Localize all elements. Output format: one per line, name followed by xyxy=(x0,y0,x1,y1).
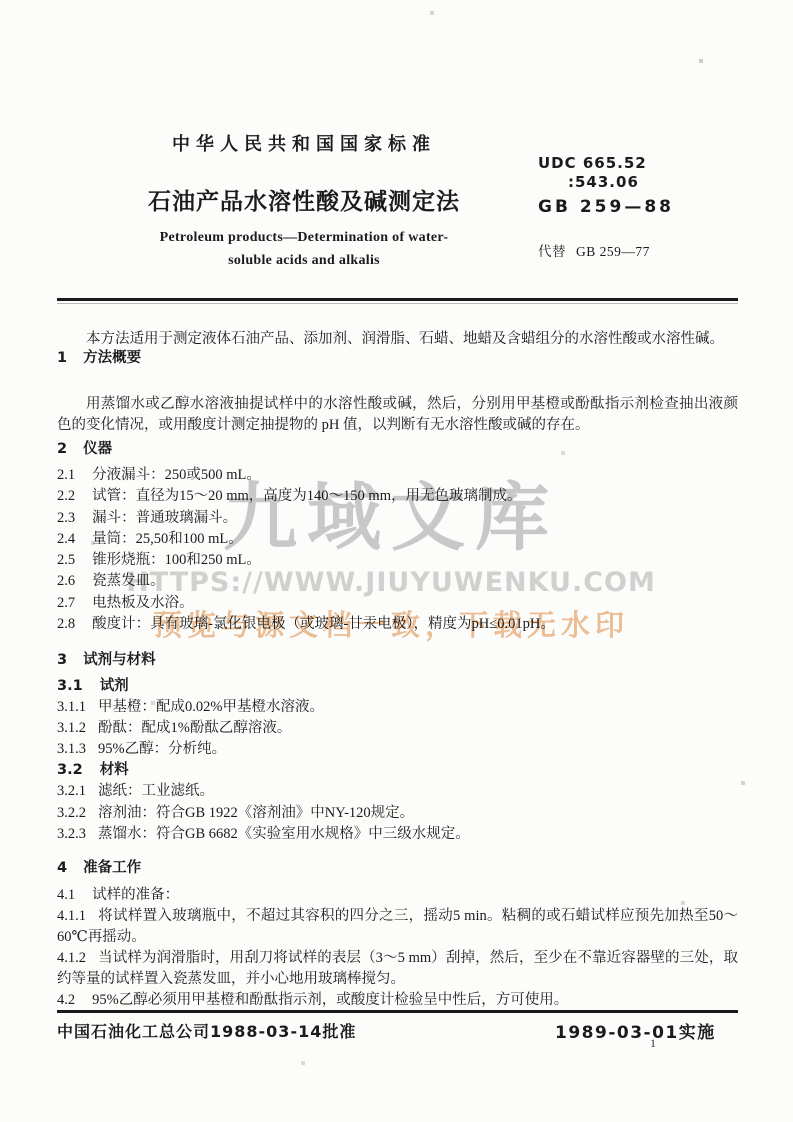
clause-3-1: 3.1试剂 xyxy=(57,676,738,697)
replaces-note: 代替GB 259—77 xyxy=(538,240,650,260)
document-title-en-line1: Petroleum products—Determination of wate… xyxy=(57,227,551,250)
clause-2-7: 2.7电热板及水浴。 xyxy=(57,593,738,614)
scope-paragraph: 本方法适用于测定液体石油产品、添加剂、润滑脂、石蜡、地蜡及含蜡组分的水溶性酸或水… xyxy=(57,329,738,350)
section-1-heading: 1方法概要 xyxy=(57,346,141,367)
document-title-en: Petroleum products—Determination of wate… xyxy=(57,227,551,272)
section-2-heading: 2仪器 xyxy=(57,437,112,458)
approval-note: 中国石油化工总公司1988-03-14批准 xyxy=(57,1019,356,1042)
udc-classification: UDC 665.52 :543.06 xyxy=(538,154,738,192)
clause-2-1: 2.1分液漏斗：250或500 mL。 xyxy=(57,465,738,486)
scan-noise-specks xyxy=(0,0,2,2)
clause-2-8: 2.8酸度计：具有玻璃-氯化银电极（或玻璃-甘汞电极），精度为pH≤0.01pH… xyxy=(57,614,738,635)
page-number: 1 xyxy=(650,1036,656,1051)
standard-number: GB 259—88 xyxy=(538,197,674,217)
standard-document-page: 中华人民共和国国家标准 UDC 665.52 :543.06 石油产品水溶性酸及… xyxy=(0,0,793,1122)
section-2-title: 仪器 xyxy=(83,441,112,457)
document-title-en-line2: soluble acids and alkalis xyxy=(57,250,551,273)
clause-4-2: 4.295%乙醇必须用甲基橙和酚酞指示剂，或酸度计检验呈中性后，方可使用。 xyxy=(57,990,738,1011)
section-2-number: 2 xyxy=(57,441,67,457)
clause-4-1-1: 4.1.1将试样置入玻璃瓶中，不超过其容积的四分之三，摇动5 min。粘稠的或石… xyxy=(57,906,738,948)
section-3-heading: 3试剂与材料 xyxy=(57,648,156,669)
replaces-label: 代替 xyxy=(538,244,566,259)
clause-3-1-2: 3.1.2酚酞：配成1%酚酞乙醇溶液。 xyxy=(57,718,738,739)
footer-rule xyxy=(57,1010,738,1013)
clause-3-2-2: 3.2.2溶剂油：符合GB 1922《溶剂油》中NY-120规定。 xyxy=(57,803,738,824)
clause-2-3: 2.3漏斗：普通玻璃漏斗。 xyxy=(57,508,738,529)
section-3-clause-list: 3.1试剂 3.1.1甲基橙：配成0.02%甲基橙水溶液。 3.1.2酚酞：配成… xyxy=(57,676,738,845)
clause-2-6: 2.6瓷蒸发皿。 xyxy=(57,571,738,592)
clause-3-2: 3.2材料 xyxy=(57,760,738,781)
section-2-clause-list: 2.1分液漏斗：250或500 mL。 2.2试管：直径为15～20 mm，高度… xyxy=(57,465,738,635)
header-rule-thin xyxy=(57,303,738,304)
section-1-paragraph: 用蒸馏水或乙醇水溶液抽提试样中的水溶性酸或碱，然后，分别用甲基橙或酚酞指示剂检查… xyxy=(57,394,738,437)
section-4-title: 准备工作 xyxy=(83,860,141,876)
section-1-number: 1 xyxy=(57,350,67,366)
section-3-number: 3 xyxy=(57,652,67,668)
udc-number-line1: UDC 665.52 xyxy=(538,154,738,173)
implementation-note: 1989-03-01实施 xyxy=(555,1018,716,1043)
section-4-number: 4 xyxy=(57,860,67,876)
udc-number-line2: :543.06 xyxy=(568,173,738,192)
clause-2-4: 2.4量筒：25,50和100 mL。 xyxy=(57,529,738,550)
clause-3-2-1: 3.2.1滤纸：工业滤纸。 xyxy=(57,781,738,802)
clause-2-5: 2.5锥形烧瓶：100和250 mL。 xyxy=(57,550,738,571)
section-1-title: 方法概要 xyxy=(83,350,141,366)
document-title-cn: 石油产品水溶性酸及碱测定法 xyxy=(57,183,551,216)
clause-3-2-3: 3.2.3蒸馏水：符合GB 6682《实验室用水规格》中三级水规定。 xyxy=(57,824,738,845)
clause-3-1-1: 3.1.1甲基橙：配成0.02%甲基橙水溶液。 xyxy=(57,697,738,718)
section-3-title: 试剂与材料 xyxy=(83,652,156,668)
header-rule-thick xyxy=(57,298,738,301)
standard-type-heading: 中华人民共和国国家标准 xyxy=(57,130,551,156)
clause-3-1-3: 3.1.395%乙醇：分析纯。 xyxy=(57,739,738,760)
section-4-heading: 4准备工作 xyxy=(57,856,141,877)
clause-2-2: 2.2试管：直径为15～20 mm，高度为140～150 mm，用无色玻璃制成。 xyxy=(57,486,738,507)
replaced-standard-number: GB 259—77 xyxy=(576,244,650,259)
section-4-clause-list: 4.1试样的准备： 4.1.1将试样置入玻璃瓶中，不超过其容积的四分之三，摇动5… xyxy=(57,885,738,1012)
clause-4-1: 4.1试样的准备： xyxy=(57,885,738,906)
clause-4-1-2: 4.1.2当试样为润滑脂时，用刮刀将试样的表层（3～5 mm）刮掉，然后，至少在… xyxy=(57,948,738,990)
